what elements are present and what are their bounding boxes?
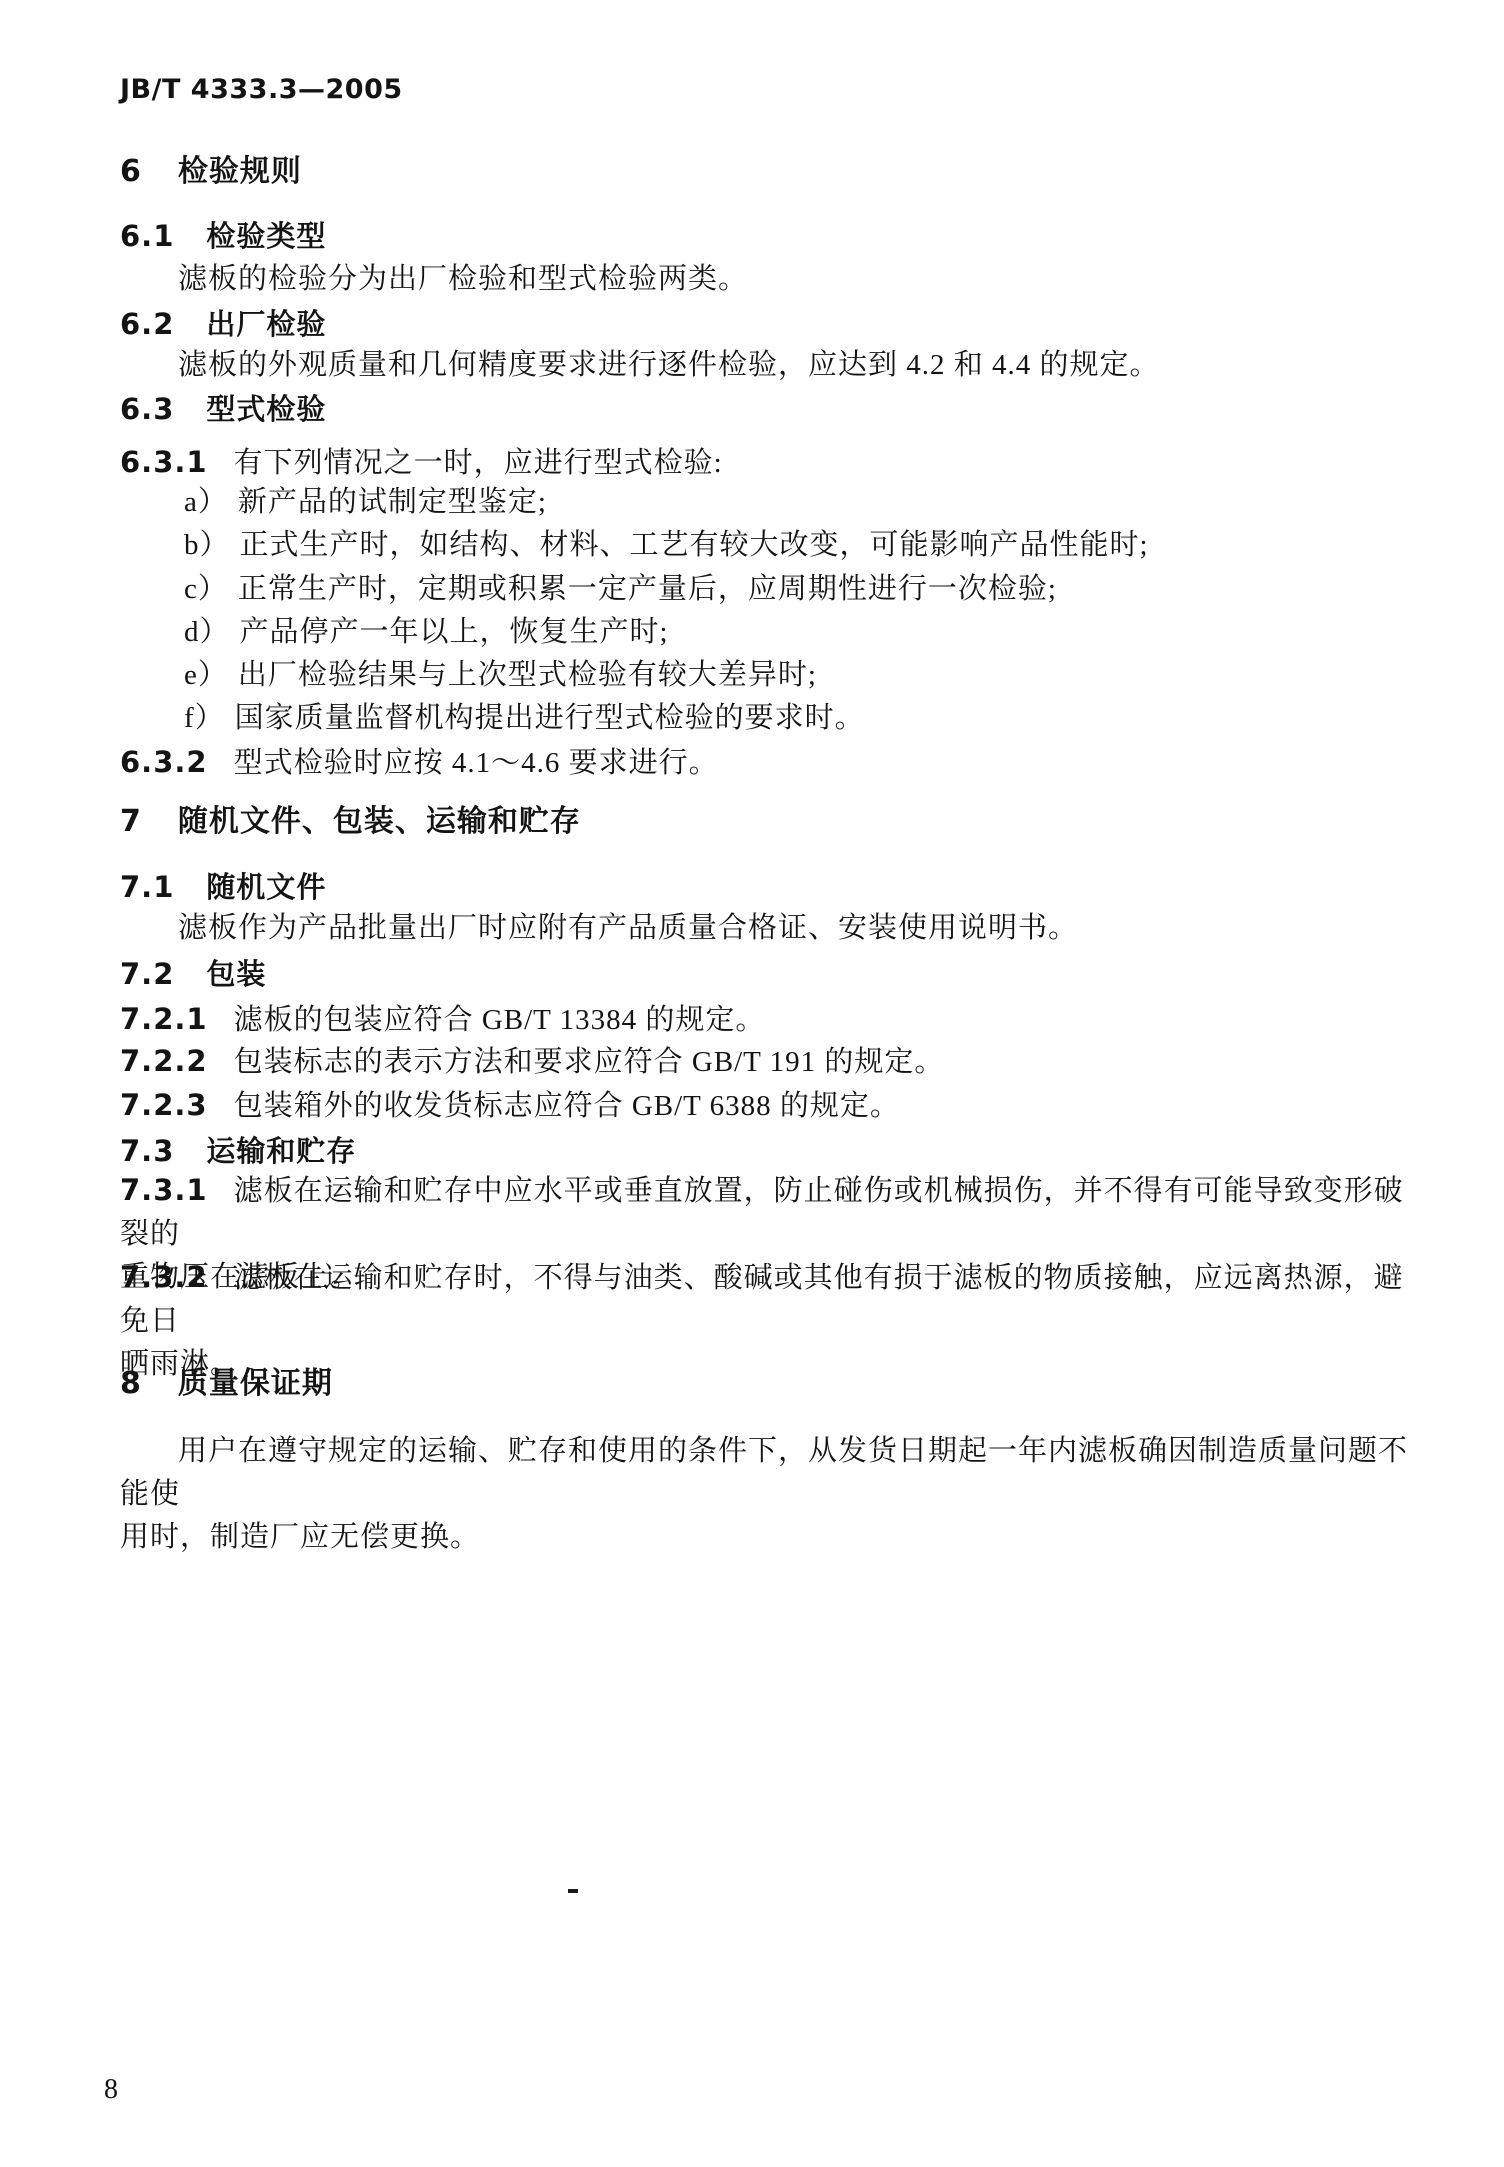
clause-7-3-1-number: 7.3.1 xyxy=(120,1173,208,1207)
section-7-2-title: 包装 xyxy=(206,957,266,991)
page-number: 8 xyxy=(104,2068,118,2111)
clause-7-3-1-line1: 7.3.1滤板在运输和贮存中应水平或垂直放置，防止碰伤或机械损伤，并不得有可能导… xyxy=(120,1169,1432,1256)
clause-7-2-1-number: 7.2.1 xyxy=(120,1002,208,1036)
list-item-label: e） xyxy=(184,659,228,691)
clause-7-2-3-text: 包装箱外的收发货标志应符合 GB/T 6388 的规定。 xyxy=(234,1090,900,1122)
chapter-6-heading: 6检验规则 xyxy=(120,150,1432,193)
section-7-3-number: 7.3 xyxy=(120,1134,174,1168)
clause-7-2-1: 7.2.1滤板的包装应符合 GB/T 13384 的规定。 xyxy=(120,998,1432,1042)
list-item-text: 正常生产时，定期或积累一定产量后，应周期性进行一次检验; xyxy=(238,573,1057,605)
chapter-8-heading: 8质量保证期 xyxy=(120,1362,1432,1405)
clause-7-2-2: 7.2.2包装标志的表示方法和要求应符合 GB/T 191 的规定。 xyxy=(120,1040,1432,1084)
scan-artifact-mark xyxy=(568,1889,578,1893)
section-7-1-number: 7.1 xyxy=(120,870,174,904)
chapter-7-heading: 7随机文件、包装、运输和贮存 xyxy=(120,800,1432,843)
chapter-7-title: 随机文件、包装、运输和贮存 xyxy=(178,804,581,839)
section-6-2-number: 6.2 xyxy=(120,307,174,341)
doc-number: JB/T 4333.3—2005 xyxy=(120,68,1432,111)
section-6-2-heading: 6.2出厂检验 xyxy=(120,303,1432,346)
list-item-label: c） xyxy=(184,573,228,605)
section-7-1-heading: 7.1随机文件 xyxy=(120,866,1432,909)
clause-7-2-2-number: 7.2.2 xyxy=(120,1044,208,1078)
section-6-1-title: 检验类型 xyxy=(206,219,326,253)
clause-7-2-2-text: 包装标志的表示方法和要求应符合 GB/T 191 的规定。 xyxy=(234,1046,945,1078)
clause-7-2-3: 7.2.3包装箱外的收发货标志应符合 GB/T 6388 的规定。 xyxy=(120,1084,1432,1128)
list-item-text: 产品停产一年以上，恢复生产时; xyxy=(240,616,669,648)
section-6-3-number: 6.3 xyxy=(120,392,174,426)
list-item-text: 国家质量监督机构提出进行型式检验的要求时。 xyxy=(235,702,865,734)
chapter-6-number: 6 xyxy=(120,154,142,189)
type-test-condition-list: a）新产品的试制定型鉴定; b）正式生产时，如结构、材料、工艺有较大改变，可能影… xyxy=(120,481,1496,741)
chapter-8-number: 8 xyxy=(120,1366,142,1401)
section-6-1-heading: 6.1检验类型 xyxy=(120,215,1432,258)
list-item-label: f） xyxy=(184,702,225,734)
section-7-3-title: 运输和贮存 xyxy=(206,1134,356,1168)
section-6-1-number: 6.1 xyxy=(120,219,174,253)
paragraph-6-1: 滤板的检验分为出厂检验和型式检验两类。 xyxy=(120,258,1432,301)
list-item-label: b） xyxy=(184,529,230,561)
section-7-2-number: 7.2 xyxy=(120,957,174,991)
paragraph-6-2: 滤板的外观质量和几何精度要求进行逐件检验，应达到 4.2 和 4.4 的规定。 xyxy=(120,344,1432,387)
clause-7-3-2-number: 7.3.2 xyxy=(120,1260,208,1294)
section-6-3-heading: 6.3型式检验 xyxy=(120,388,1432,431)
list-item: b）正式生产时，如结构、材料、工艺有较大改变，可能影响产品性能时; xyxy=(184,524,1496,567)
chapter-7-number: 7 xyxy=(120,804,142,839)
section-7-3-heading: 7.3运输和贮存 xyxy=(120,1130,1432,1173)
section-7-1-title: 随机文件 xyxy=(206,870,326,904)
chapter-6-title: 检验规则 xyxy=(178,154,302,189)
list-item-text: 正式生产时，如结构、材料、工艺有较大改变，可能影响产品性能时; xyxy=(240,529,1149,561)
list-item-text: 新产品的试制定型鉴定; xyxy=(238,486,547,518)
paragraph-8-line1: 用户在遵守规定的运输、贮存和使用的条件下，从发货日期起一年内滤板确因制造质量问题… xyxy=(120,1430,1432,1516)
list-item: c）正常生产时，定期或积累一定产量后，应周期性进行一次检验; xyxy=(184,568,1496,611)
clause-6-3-1-text: 有下列情况之一时，应进行型式检验: xyxy=(234,447,723,479)
paragraph-7-1: 滤板作为产品批量出厂时应附有产品质量合格证、安装使用说明书。 xyxy=(120,907,1432,950)
clause-6-3-2: 6.3.2型式检验时应按 4.1～4.6 要求进行。 xyxy=(120,741,1432,785)
section-6-2-title: 出厂检验 xyxy=(206,307,326,341)
paragraph-8: 用户在遵守规定的运输、贮存和使用的条件下，从发货日期起一年内滤板确因制造质量问题… xyxy=(120,1430,1432,1559)
clause-6-3-2-text: 型式检验时应按 4.1～4.6 要求进行。 xyxy=(234,747,719,779)
paragraph-8-line2: 用时，制造厂应无偿更换。 xyxy=(120,1516,1432,1559)
clause-6-3-1-number: 6.3.1 xyxy=(120,445,208,479)
chapter-8-title: 质量保证期 xyxy=(178,1366,333,1401)
clause-7-3-2-line1: 7.3.2滤板在运输和贮存时，不得与油类、酸碱或其他有损于滤板的物质接触，应远离… xyxy=(120,1256,1432,1343)
document-page: JB/T 4333.3—2005 6检验规则 6.1检验类型 滤板的检验分为出厂… xyxy=(0,0,1504,2167)
list-item-label: a） xyxy=(184,486,228,518)
clause-7-2-3-number: 7.2.3 xyxy=(120,1088,208,1122)
list-item: d）产品停产一年以上，恢复生产时; xyxy=(184,611,1496,654)
list-item: f）国家质量监督机构提出进行型式检验的要求时。 xyxy=(184,697,1496,740)
list-item-label: d） xyxy=(184,616,230,648)
list-item-text: 出厂检验结果与上次型式检验有较大差异时; xyxy=(238,659,817,691)
clause-7-2-1-text: 滤板的包装应符合 GB/T 13384 的规定。 xyxy=(234,1004,766,1036)
clause-6-3-2-number: 6.3.2 xyxy=(120,745,208,779)
list-item: a）新产品的试制定型鉴定; xyxy=(184,481,1496,524)
section-7-2-heading: 7.2包装 xyxy=(120,953,1432,996)
clause-6-3-1: 6.3.1有下列情况之一时，应进行型式检验: xyxy=(120,441,1432,485)
section-6-3-title: 型式检验 xyxy=(206,392,326,426)
list-item: e）出厂检验结果与上次型式检验有较大差异时; xyxy=(184,654,1496,697)
